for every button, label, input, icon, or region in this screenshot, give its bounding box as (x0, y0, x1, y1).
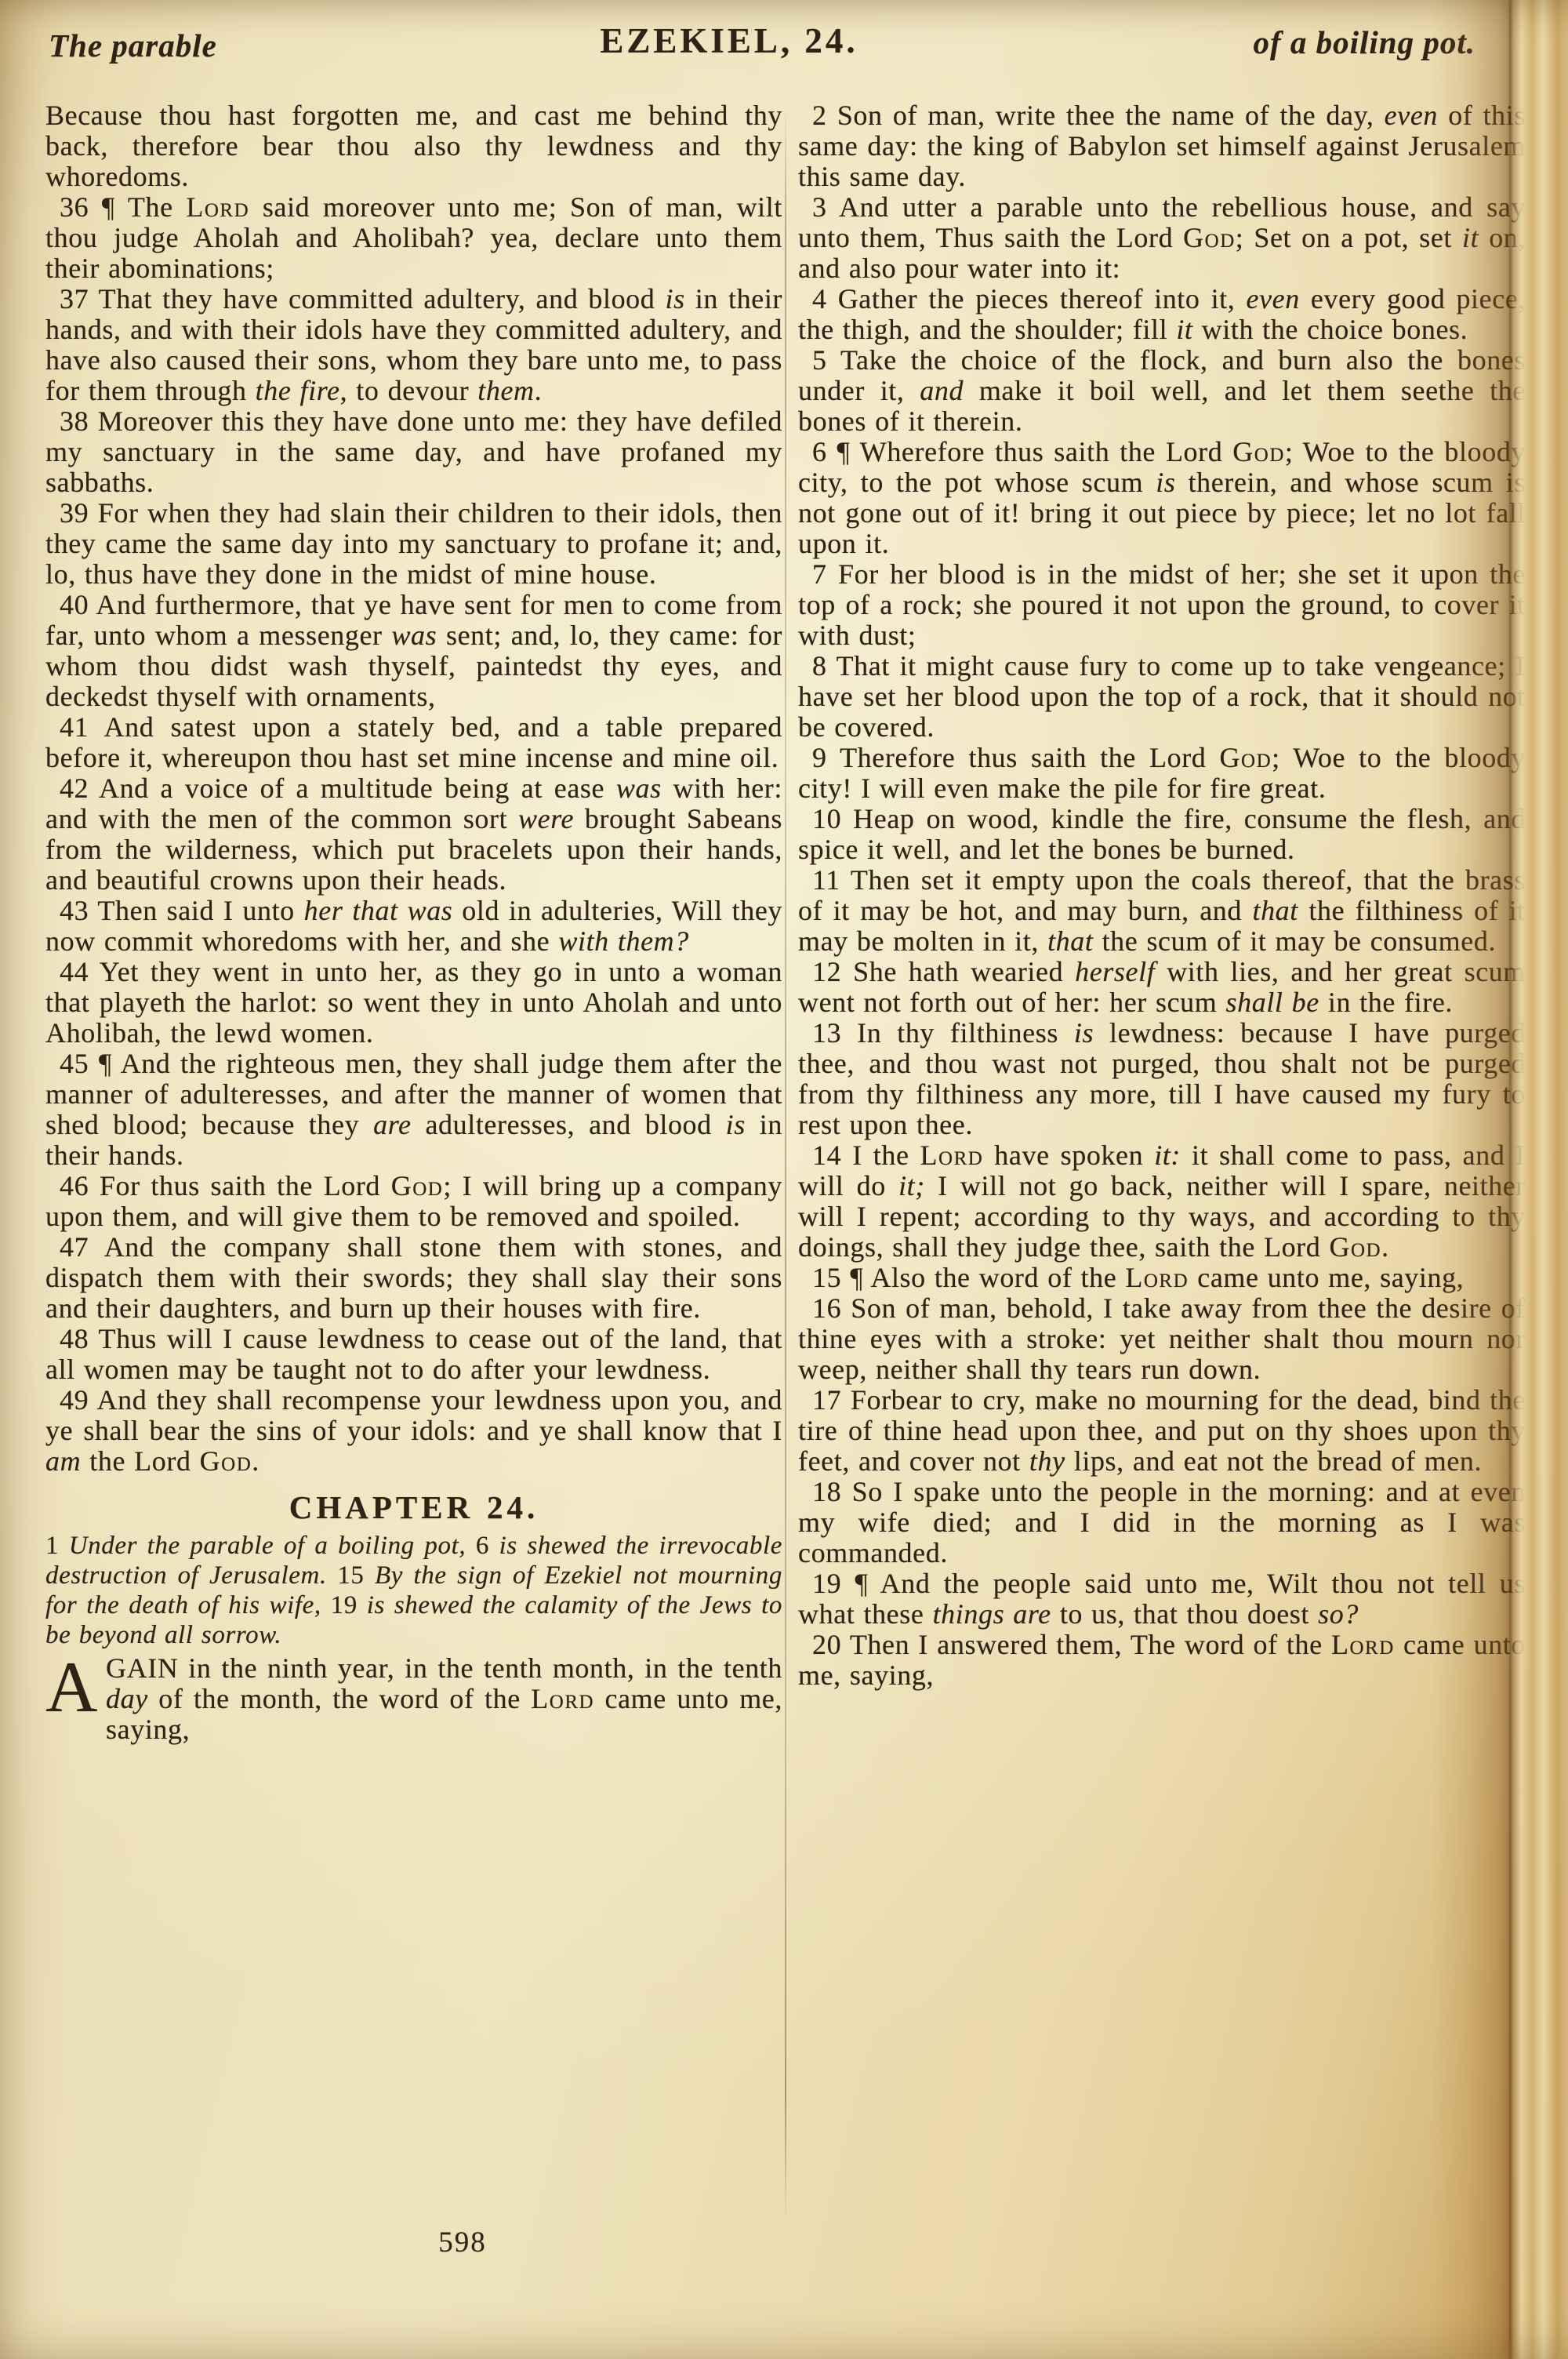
verse-number: 48 (60, 1323, 98, 1354)
verse: 3 And utter a parable unto the rebelliou… (798, 192, 1526, 284)
verse: 14 I the Lord have spoken it: it shall c… (798, 1140, 1526, 1263)
verse: 38 Moreover this they have done unto me:… (45, 406, 782, 498)
verse: 10 Heap on wood, kindle the fire, consum… (798, 804, 1526, 865)
right-column: 2 Son of man, write thee the name of the… (798, 100, 1526, 1691)
verse-number: 43 (60, 895, 97, 926)
verse: 16 Son of man, behold, I take away from … (798, 1293, 1526, 1385)
verse: 9 Therefore thus saith the Lord God; Woe… (798, 743, 1526, 804)
column-divider (785, 106, 786, 2223)
verse-number: 9 (812, 742, 840, 773)
verse-number: 6 (812, 436, 837, 467)
pilcrow-mark: ¶ (837, 436, 860, 467)
verse-number: 3 (812, 191, 839, 223)
verse-number: 36 (60, 191, 102, 223)
verse: 45 ¶ And the righteous men, they shall j… (45, 1049, 782, 1171)
verse-number: 44 (60, 956, 100, 987)
verse: 37 That they have committed adultery, an… (45, 284, 782, 406)
verse: 46 For thus saith the Lord God; I will b… (45, 1171, 782, 1232)
verse: 2 Son of man, write thee the name of the… (798, 100, 1526, 192)
verse-number: 19 (812, 1568, 855, 1599)
chapter-heading: CHAPTER 24. (45, 1492, 782, 1523)
page-number: 598 (361, 2226, 564, 2259)
verse-number: 42 (60, 772, 99, 804)
verse-number: 20 (812, 1629, 850, 1660)
verse-number: 13 (812, 1017, 857, 1049)
verse: 44 Yet they went in unto her, as they go… (45, 957, 782, 1049)
verse-number: 38 (60, 405, 98, 437)
verse-number: 8 (812, 650, 837, 682)
verse-number: 10 (812, 803, 853, 834)
verse: 39 For when they had slain their childre… (45, 498, 782, 590)
verse: 11 Then set it empty upon the coals ther… (798, 865, 1526, 957)
verse: 43 Then said I unto her that was old in … (45, 896, 782, 957)
verse: 49 And they shall recompense your lewdne… (45, 1385, 782, 1477)
verse-number: 4 (812, 283, 838, 314)
verse-number: 45 (60, 1048, 99, 1079)
verse-number: 12 (812, 956, 853, 987)
verse: 5 Take the choice of the flock, and burn… (798, 345, 1526, 437)
verse: 17 Forbear to cry, make no mourning for … (798, 1385, 1526, 1477)
verse: AGAIN in the ninth year, in the tenth mo… (45, 1653, 782, 1745)
verse-number: 7 (812, 558, 838, 590)
verse: 15 ¶ Also the word of the Lord came unto… (798, 1263, 1526, 1293)
pilcrow-mark: ¶ (102, 191, 128, 223)
verse: 42 And a voice of a multitude being at e… (45, 773, 782, 896)
left-column: Because thou hast forgotten me, and cast… (45, 100, 782, 1745)
verse-number: 15 (812, 1262, 850, 1293)
pilcrow-mark: ¶ (99, 1048, 121, 1079)
running-head-right: of a boiling pot. (1253, 24, 1475, 61)
verse: 41 And satest upon a stately bed, and a … (45, 712, 782, 773)
verse-continuation: Because thou hast forgotten me, and cast… (45, 100, 782, 192)
verse: 13 In thy filthiness is lewdness: becaus… (798, 1018, 1526, 1140)
verse-number: 40 (60, 589, 96, 620)
verse: 20 Then I answered them, The word of the… (798, 1630, 1526, 1691)
verse-number: 16 (812, 1292, 851, 1324)
verse: 7 For her blood is in the midst of her; … (798, 559, 1526, 651)
page-header: The parable EZEKIEL, 24. of a boiling po… (0, 20, 1568, 75)
verse: 36 ¶ The Lord said moreover unto me; Son… (45, 192, 782, 284)
verse: 40 And furthermore, that ye have sent fo… (45, 590, 782, 712)
verse-number: 41 (60, 711, 104, 743)
verse-number: 11 (812, 864, 851, 896)
verse-number: 18 (812, 1476, 852, 1507)
bible-page: The parable EZEKIEL, 24. of a boiling po… (0, 0, 1568, 2359)
verse: 8 That it might cause fury to come up to… (798, 651, 1526, 743)
chapter-summary: 1 Under the parable of a boiling pot, 6 … (45, 1531, 782, 1650)
verse-number: 5 (812, 344, 840, 376)
verse-number: 39 (60, 497, 98, 529)
verse-number: 49 (60, 1384, 97, 1416)
verse: 47 And the company shall stone them with… (45, 1232, 782, 1324)
pilcrow-mark: ¶ (855, 1568, 880, 1599)
verse: 48 Thus will I cause lewdness to cease o… (45, 1324, 782, 1385)
verse-number: 47 (60, 1231, 104, 1263)
verse-number: 46 (60, 1170, 100, 1201)
verse-number: 14 (812, 1140, 852, 1171)
verse: 4 Gather the pieces thereof into it, eve… (798, 284, 1526, 345)
pilcrow-mark: ¶ (850, 1262, 870, 1293)
verse-number: 37 (60, 283, 99, 314)
verse: 19 ¶ And the people said unto me, Wilt t… (798, 1568, 1526, 1630)
verse: 6 ¶ Wherefore thus saith the Lord God; W… (798, 437, 1526, 559)
verse: 18 So I spake unto the people in the mor… (798, 1477, 1526, 1568)
verse: 12 She hath wearied herself with lies, a… (798, 957, 1526, 1018)
verse-number: 17 (812, 1384, 851, 1416)
drop-cap: A (45, 1653, 106, 1716)
verse-number: 2 (812, 100, 837, 131)
page-title: EZEKIEL, 24. (0, 20, 1458, 61)
